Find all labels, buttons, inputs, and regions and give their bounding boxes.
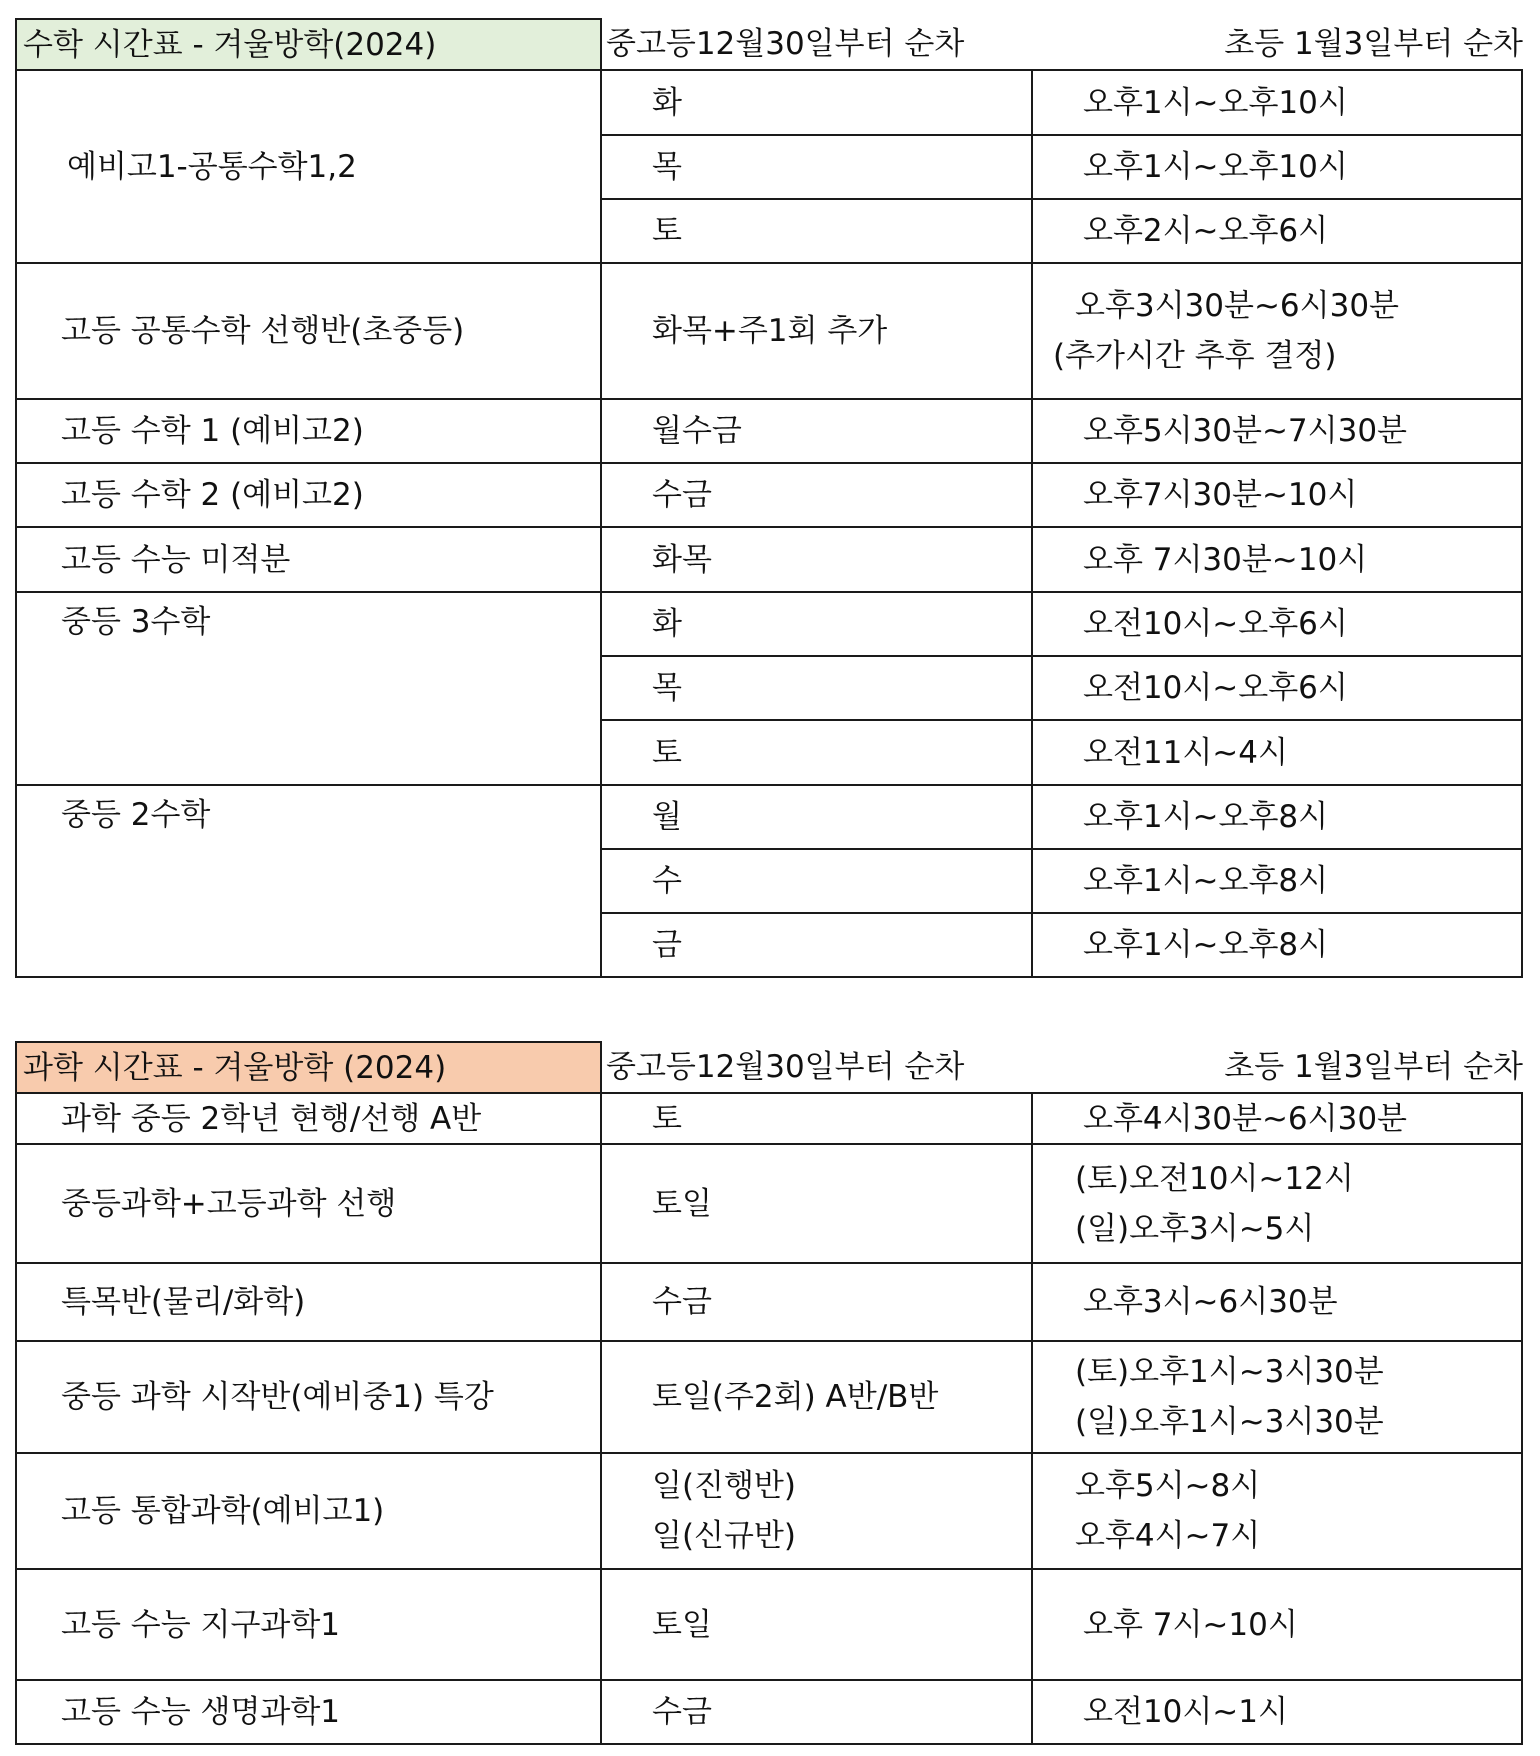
time-text-2: (일)오후1시~3시30분: [1075, 1397, 1521, 1447]
course-name: 중등 과학 시작반(예비중1) 특강: [61, 1372, 600, 1422]
days-text: 토: [652, 1094, 1031, 1144]
time-text: 오후1시~오후8시: [1083, 856, 1521, 906]
science-time-cell: 오후5시~8시 오후4시~7시: [1031, 1452, 1523, 1570]
math-time-cell: 오후5시30분~7시30분: [1031, 398, 1523, 464]
math-course-cell: 고등 공통수학 선행반(초중등): [15, 262, 602, 400]
math-course-cell: 예비고1-공통수학1,2: [15, 69, 602, 264]
math-days-cell: 화: [600, 69, 1033, 136]
course-name: 고등 공통수학 선행반(초중등): [61, 306, 600, 356]
course-name: 예비고1-공통수학1,2: [67, 142, 600, 192]
math-days-cell: 수: [600, 848, 1033, 914]
time-note-text: (추가시간 추후 결정): [1053, 331, 1521, 381]
math-table-title: 수학 시간표 - 겨울방학(2024): [15, 18, 602, 71]
math-time-cell: 오전10시~오후6시: [1031, 655, 1523, 721]
math-time-cell: 오후7시30분~10시: [1031, 462, 1523, 528]
math-days-cell: 금: [600, 912, 1033, 978]
days-text-2: 일(신규반): [652, 1511, 1031, 1561]
time-text: 오후 7시~10시: [1083, 1600, 1521, 1650]
course-name: 고등 수능 생명과학1: [61, 1687, 600, 1737]
time-text: 오후1시~오후8시: [1083, 920, 1521, 970]
time-text: 오후3시~6시30분: [1083, 1277, 1521, 1327]
days-text: 수: [652, 856, 1031, 906]
math-note-middle-text: 중고등12월30일부터 순차: [606, 19, 1024, 69]
math-days-cell: 화목: [600, 526, 1033, 593]
days-text: 월: [652, 792, 1031, 842]
time-text: 오후4시30분~6시30분: [1083, 1094, 1521, 1144]
time-text: 오후1시~오후10시: [1083, 142, 1521, 192]
days-text: 수금: [652, 1687, 1031, 1737]
course-name: 과학 중등 2학년 현행/선행 A반: [61, 1094, 600, 1144]
time-text: 오후1시~오후10시: [1083, 78, 1521, 128]
days-text: 토일: [652, 1179, 1031, 1229]
science-course-cell: 고등 수능 생명과학1: [15, 1679, 602, 1745]
time-text: 오전10시~1시: [1083, 1687, 1521, 1737]
math-days-cell: 화: [600, 591, 1033, 657]
science-header-note-right: 초등 1월3일부터 순차: [1031, 1041, 1523, 1092]
math-course-cell: 중등 2수학: [15, 784, 602, 978]
course-name: 중등 2수학: [61, 790, 600, 840]
science-note-middle-text: 중고등12월30일부터 순차: [606, 1042, 1024, 1092]
math-days-cell: 토: [600, 719, 1033, 786]
time-text-2: (일)오후3시~5시: [1075, 1204, 1521, 1254]
math-time-cell: 오후3시30분~6시30분 (추가시간 추후 결정): [1031, 262, 1523, 400]
math-time-cell: 오후1시~오후8시: [1031, 848, 1523, 914]
days-text: 월수금: [652, 406, 1031, 456]
math-time-cell: 오후1시~오후10시: [1031, 134, 1523, 200]
science-time-cell: (토)오전10시~12시 (일)오후3시~5시: [1031, 1143, 1523, 1264]
time-text: 오후 7시30분~10시: [1083, 535, 1521, 585]
time-text-2: 오후4시~7시: [1075, 1511, 1521, 1561]
science-course-cell: 고등 통합과학(예비고1): [15, 1452, 602, 1570]
days-text: 화: [652, 78, 1031, 128]
math-days-cell: 월: [600, 784, 1033, 850]
science-table-title: 과학 시간표 - 겨울방학 (2024): [15, 1041, 602, 1094]
math-time-cell: 오후2시~오후6시: [1031, 198, 1523, 264]
science-course-cell: 특목반(물리/화학): [15, 1262, 602, 1342]
science-time-cell: 오전10시~1시: [1031, 1679, 1523, 1745]
math-days-cell: 월수금: [600, 398, 1033, 464]
science-days-cell: 수금: [600, 1262, 1033, 1342]
math-time-cell: 오전11시~4시: [1031, 719, 1523, 786]
science-course-cell: 중등 과학 시작반(예비중1) 특강: [15, 1340, 602, 1454]
time-text: 오후7시30분~10시: [1083, 470, 1521, 520]
science-days-cell: 토일: [600, 1143, 1033, 1264]
math-time-cell: 오후1시~오후10시: [1031, 69, 1523, 136]
time-text: 오후5시30분~7시30분: [1083, 406, 1521, 456]
math-days-cell: 목: [600, 655, 1033, 721]
math-time-cell: 오후 7시30분~10시: [1031, 526, 1523, 593]
days-text: 목: [652, 142, 1031, 192]
time-text: 오전11시~4시: [1083, 728, 1521, 778]
days-text: 토: [652, 728, 1031, 778]
time-text: 오후2시~오후6시: [1083, 206, 1521, 256]
math-time-cell: 오전10시~오후6시: [1031, 591, 1523, 657]
science-course-cell: 고등 수능 지구과학1: [15, 1568, 602, 1681]
days-text: 토일: [652, 1600, 1031, 1650]
course-name: 중등과학+고등과학 선행: [61, 1179, 600, 1229]
days-text: 화: [652, 599, 1031, 649]
time-text: (토)오전10시~12시: [1075, 1154, 1521, 1204]
science-days-cell: 토: [600, 1092, 1033, 1145]
math-course-cell: 고등 수학 1 (예비고2): [15, 398, 602, 464]
time-text: 오후3시30분~6시30분: [1053, 281, 1521, 331]
science-note-right-text: 초등 1월3일부터 순차: [1224, 1042, 1523, 1092]
math-note-right-text: 초등 1월3일부터 순차: [1224, 19, 1523, 69]
science-course-cell: 과학 중등 2학년 현행/선행 A반: [15, 1092, 602, 1145]
science-time-cell: 오후3시~6시30분: [1031, 1262, 1523, 1342]
math-header-note-right: 초등 1월3일부터 순차: [1031, 18, 1523, 69]
time-text: 오후1시~오후8시: [1083, 792, 1521, 842]
course-name: 특목반(물리/화학): [61, 1277, 600, 1327]
math-days-cell: 수금: [600, 462, 1033, 528]
math-time-cell: 오후1시~오후8시: [1031, 912, 1523, 978]
science-time-cell: (토)오후1시~3시30분 (일)오후1시~3시30분: [1031, 1340, 1523, 1454]
days-text: 목: [652, 663, 1031, 713]
days-text: 수금: [652, 470, 1031, 520]
days-text: 화목+주1회 추가: [652, 306, 1031, 356]
time-text: 오전10시~오후6시: [1083, 599, 1521, 649]
days-text: 수금: [652, 1277, 1031, 1327]
course-name: 고등 수학 1 (예비고2): [61, 406, 600, 456]
science-time-cell: 오후4시30분~6시30분: [1031, 1092, 1523, 1145]
math-days-cell: 토: [600, 198, 1033, 264]
days-text: 화목: [652, 535, 1031, 585]
course-name: 고등 수능 지구과학1: [61, 1600, 600, 1650]
science-days-cell: 토일(주2회) A반/B반: [600, 1340, 1033, 1454]
math-header-note-middle: 중고등12월30일부터 순차: [604, 18, 1024, 69]
math-time-cell: 오후1시~오후8시: [1031, 784, 1523, 850]
math-course-cell: 고등 수학 2 (예비고2): [15, 462, 602, 528]
science-course-cell: 중등과학+고등과학 선행: [15, 1143, 602, 1264]
days-text: 토: [652, 206, 1031, 256]
math-course-cell: 고등 수능 미적분: [15, 526, 602, 593]
days-text: 일(진행반): [652, 1461, 1031, 1511]
math-days-cell: 화목+주1회 추가: [600, 262, 1033, 400]
science-days-cell: 일(진행반) 일(신규반): [600, 1452, 1033, 1570]
science-days-cell: 토일: [600, 1568, 1033, 1681]
science-title-text: 과학 시간표 - 겨울방학 (2024): [23, 1043, 600, 1093]
math-title-text: 수학 시간표 - 겨울방학(2024): [23, 20, 600, 70]
time-text: 오전10시~오후6시: [1083, 663, 1521, 713]
science-time-cell: 오후 7시~10시: [1031, 1568, 1523, 1681]
days-text: 금: [652, 920, 1031, 970]
time-text: (토)오후1시~3시30분: [1075, 1347, 1521, 1397]
course-name: 중등 3수학: [61, 597, 600, 647]
time-text: 오후5시~8시: [1075, 1461, 1521, 1511]
days-text: 토일(주2회) A반/B반: [652, 1372, 1031, 1422]
science-days-cell: 수금: [600, 1679, 1033, 1745]
math-course-cell: 중등 3수학: [15, 591, 602, 786]
course-name: 고등 수학 2 (예비고2): [61, 470, 600, 520]
course-name: 고등 수능 미적분: [61, 535, 600, 585]
math-days-cell: 목: [600, 134, 1033, 200]
science-header-note-middle: 중고등12월30일부터 순차: [604, 1041, 1024, 1092]
course-name: 고등 통합과학(예비고1): [61, 1486, 600, 1536]
